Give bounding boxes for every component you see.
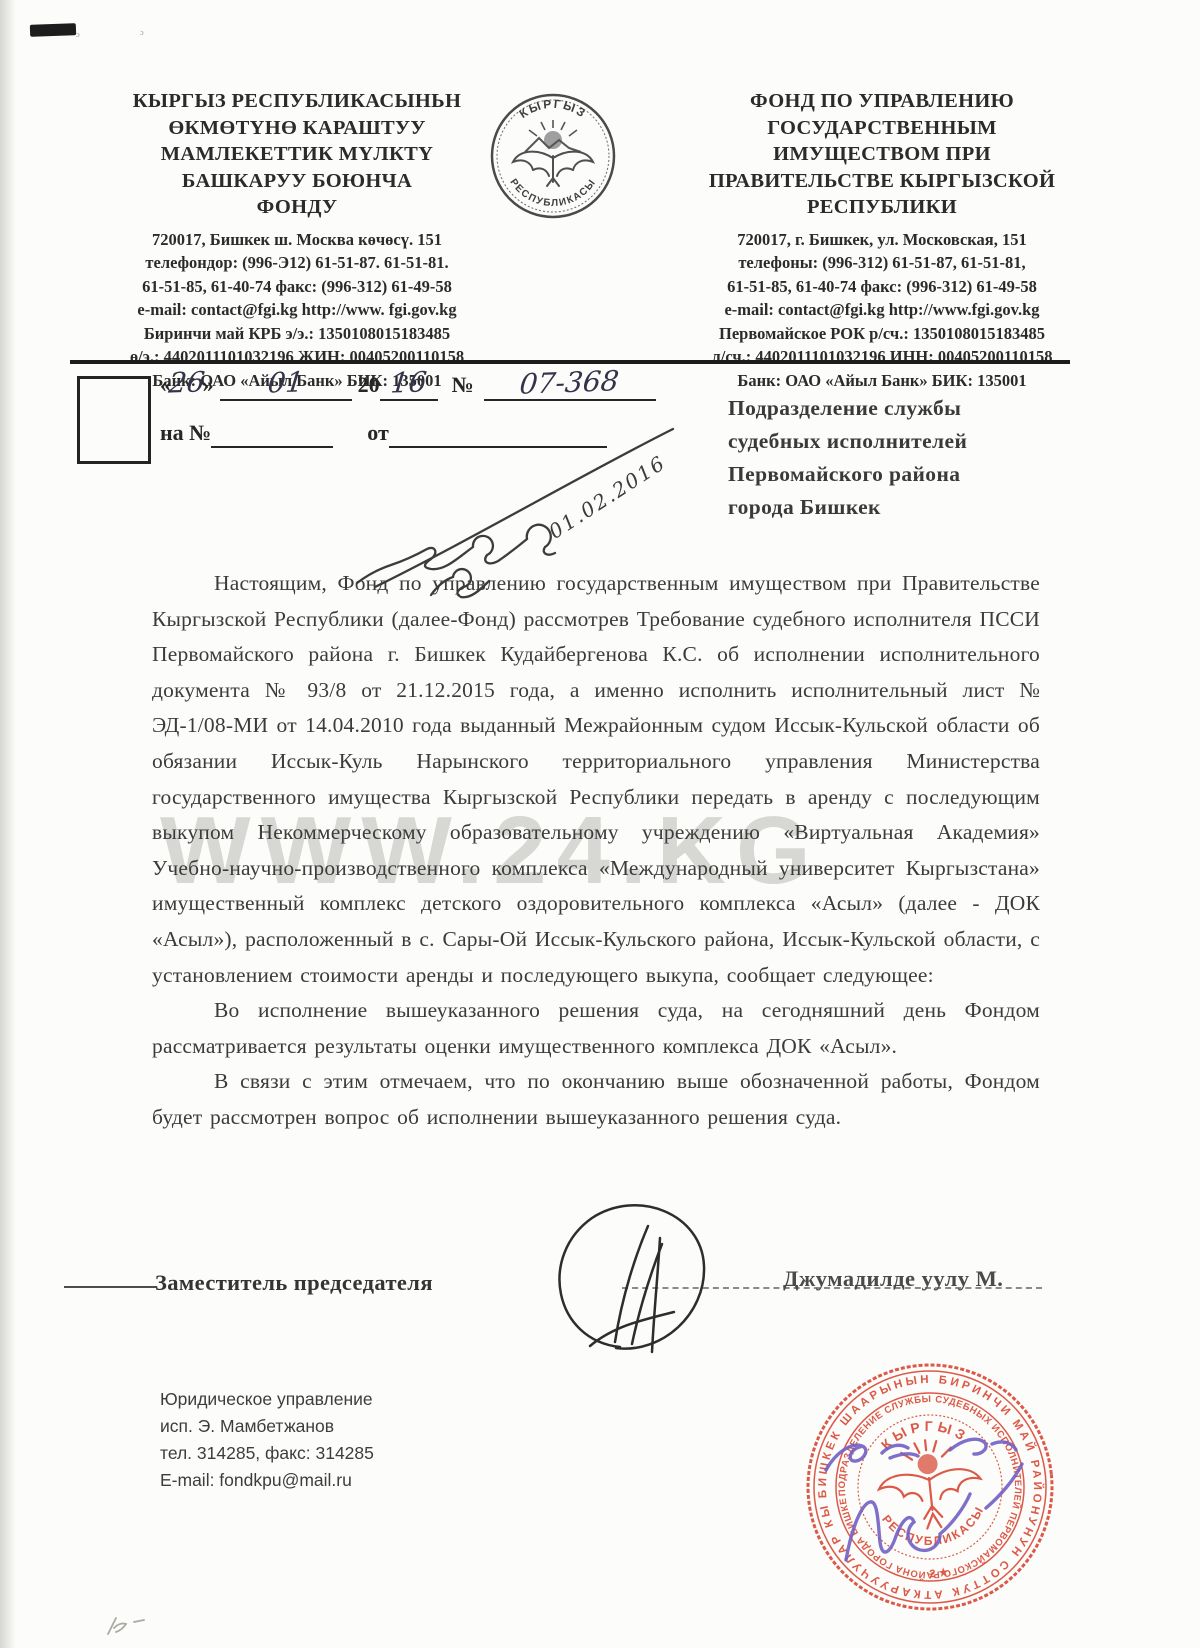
body-paragraph: Во исполнение вышеуказанного решения суд… [152,993,1040,1064]
pencil-mark [100,1612,160,1640]
org-title-line: БАШКАРУУ БОЮНЧА [103,168,491,195]
scanned-letter-page: ᵓ ᵓ WWW.24.KG КЫРГЫЗ РЕСПУБЛИКАСЫНЬН ӨКМ… [0,0,1200,1648]
letterhead-divider [70,360,1070,364]
incoming-number-underline [211,420,333,448]
handwritten-number: 07-368 [519,364,621,400]
na-no-label: на № [160,420,211,446]
org-title-line: ПРАВИТЕЛЬСТВЕ КЫРГЫЗСКОЙ [653,168,1111,195]
contact-line: 61-51-85, 61-40-74 факс: (996-312) 61-49… [103,275,491,299]
addressee-block: Подразделение службы судебных исполнител… [728,392,1078,524]
letterhead-left-title: КЫРГЫЗ РЕСПУБЛИКАСЫНЬН ӨКМӨТҮНӨ КАРАШТУУ… [103,88,491,221]
executor-block: Юридическое управление исп. Э. Мамбетжан… [160,1386,374,1494]
letterhead-right-title: ФОНД ПО УПРАВЛЕНИЮ ГОСУДАРСТВЕННЫМ ИМУЩЕ… [653,88,1111,221]
director-signature-ink [520,1192,730,1362]
executor-line: тел. 314285, факс: 314285 [160,1440,374,1467]
letterhead-right: ФОНД ПО УПРАВЛЕНИЮ ГОСУДАРСТВЕННЫМ ИМУЩЕ… [653,88,1111,392]
contact-line: Биринчи май КРБ э/э.: 1350108015183485 [103,322,491,346]
org-title-line: МАМЛЕКЕТТИК МҮЛКТҮ [103,141,491,168]
org-title-line: ФОНДУ [103,194,491,221]
signer-name: Джумадилде уулу М. [783,1266,1003,1292]
contact-line: телефоны: (996-312) 61-51-87, 61-51-81, [653,251,1111,275]
number-underline: 07-368 [484,366,656,401]
contact-line: 720017, г. Бишкек, ул. Московская, 151 [653,228,1111,252]
emblem-eagle [513,152,593,186]
year-prefix: 20 [358,372,380,398]
contact-line: e-mail: contact@fgi.kg http://www. fgi.g… [103,298,491,322]
handwritten-month: 01 [266,365,305,399]
body-paragraph: В связи с этим отмечаем, что по окончани… [152,1064,1040,1135]
addressee-line: Первомайского района [728,458,1078,491]
handwritten-day: 26 [167,365,206,399]
kyrgyz-emblem-icon: КЫРГЫЗ РЕСПУБЛИКАСЫ [487,90,619,222]
contact-line: телефондор: (996-Э12) 61-51-87. 61-51-81… [103,251,491,275]
signer-position-title: Заместитель председателя [155,1270,433,1296]
emblem-sun-mountains [525,120,581,152]
month-underline: 01 [220,366,352,401]
letterhead-left: КЫРГЫЗ РЕСПУБЛИКАСЫНЬН ӨКМӨТҮНӨ КАРАШТУУ… [103,88,491,392]
org-title-line: ӨКМӨТҮНӨ КАРАШТУУ [103,115,491,142]
scan-smudge: ᵓ [76,30,80,46]
reference-stamp-box [77,376,151,464]
contact-line: 720017, Бишкек ш. Москва көчөсү. 151 [103,228,491,252]
contact-line: Банк: ОАО «Айыл Банк» БИК: 135001 [653,369,1111,393]
scan-edge-shadow [0,0,16,1648]
margin-dash [64,1286,156,1288]
org-title-line: ГОСУДАРСТВЕННЫМ [653,115,1111,142]
executor-line: исп. Э. Мамбетжанов [160,1413,374,1440]
org-title-line: ИМУЩЕСТВОМ ПРИ [653,141,1111,168]
scan-smudge: ᵓ [140,28,144,44]
handwritten-year: 16 [389,365,428,399]
addressee-line: судебных исполнителей [728,425,1078,458]
letter-body: Настоящим, Фонд по управлению государств… [152,566,1040,1136]
letterhead-right-contacts: 720017, г. Бишкек, ул. Московская, 151 т… [653,228,1111,393]
contact-line: e-mail: contact@fgi.kg http://www.fgi.go… [653,298,1111,322]
pen-annotation-over-stamp [790,1330,1090,1610]
executor-line: Юридическое управление [160,1386,374,1413]
contact-line: Первомайское РОК р/сч.: 1350108015183485 [653,322,1111,346]
addressee-line: города Бишкек [728,491,1078,524]
contact-line: 61-51-85, 61-40-74 факс: (996-312) 61-49… [653,275,1111,299]
contact-line: л/сч.: 4402011101032196 ИНН: 00405200110… [653,345,1111,369]
org-title-line: ФОНД ПО УПРАВЛЕНИЮ [653,88,1111,115]
executor-line: E-mail: fondkpu@mail.ru [160,1467,374,1494]
scan-corner-mark [30,23,76,37]
number-sign: № [452,372,474,398]
org-title-line: РЕСПУБЛИКИ [653,194,1111,221]
org-title-line: КЫРГЫЗ РЕСПУБЛИКАСЫНЬН [103,88,491,115]
addressee-line: Подразделение службы [728,392,1078,425]
reference-line-date-number: «26» 01 2016 № 07-368 [160,366,656,401]
body-paragraph: Настоящим, Фонд по управлению государств… [152,566,1040,993]
year-underline: 16 [380,366,438,401]
